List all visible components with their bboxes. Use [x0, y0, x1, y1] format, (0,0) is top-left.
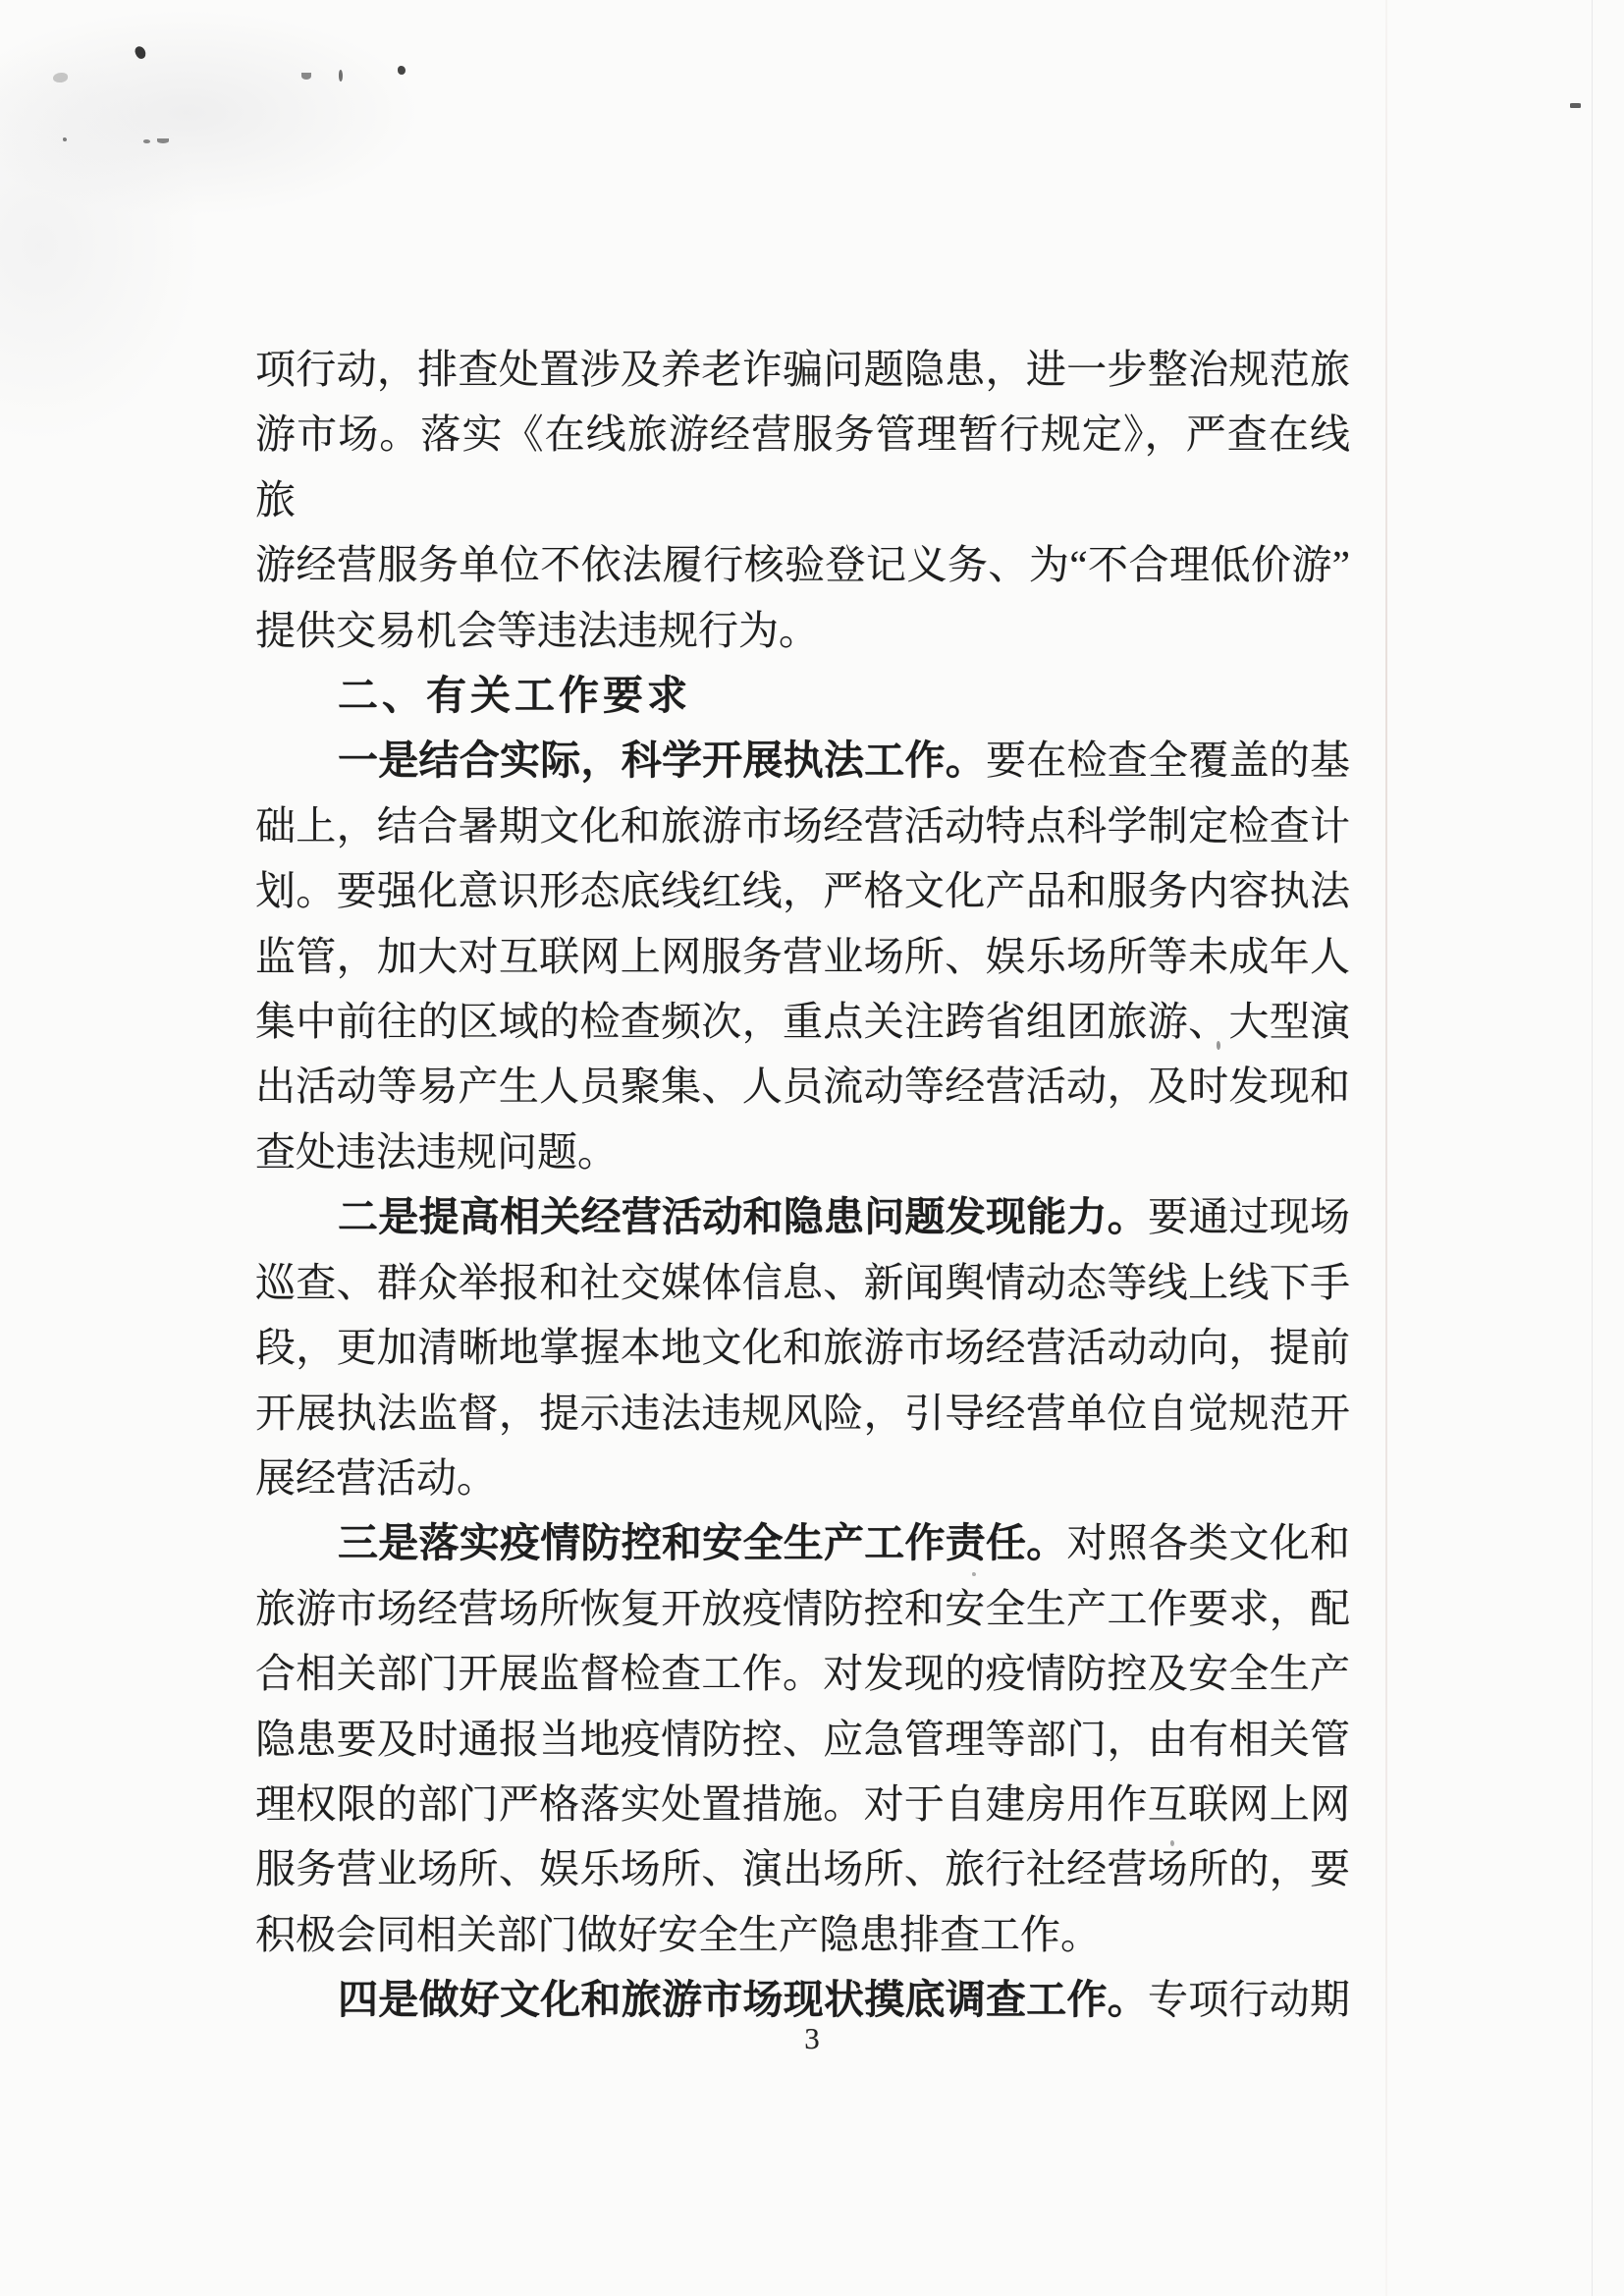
text-line: 开展执法监督，提示违法违规风险，引导经营单位自觉规范开	[255, 1381, 1350, 1446]
text-line: 巡查、群众举报和社交媒体信息、新闻舆情动态等线上线下手	[255, 1250, 1350, 1315]
scan-speck	[63, 137, 67, 141]
section-heading: 二、有关工作要求	[255, 663, 1350, 728]
scan-speck	[53, 73, 68, 82]
text-line: 出活动等易产生人员聚集、人员流动等经营活动，及时发现和	[255, 1054, 1350, 1119]
text-line: 段，更加清晰地掌握本地文化和旅游市场经营活动动向，提前	[255, 1315, 1350, 1380]
text-line: 项行动，排查处置涉及养老诈骗问题隐患，进一步整治规范旅	[255, 337, 1350, 402]
text-line: 理权限的部门严格落实处置措施。对于自建房用作互联网上网	[255, 1772, 1350, 1836]
text-line: 三是落实疫情防控和安全生产工作责任。对照各类文化和	[255, 1510, 1350, 1575]
text-line: 旅游市场经营场所恢复开放疫情防控和安全生产工作要求，配	[255, 1576, 1350, 1641]
text-line: 集中前往的区域的检查频次，重点关注跨省组团旅游、大型演	[255, 989, 1350, 1054]
text-line: 展经营活动。	[255, 1446, 1350, 1510]
text-line: 二是提高相关经营活动和隐患问题发现能力。要通过现场	[255, 1184, 1350, 1249]
scanned-document-page: 项行动，排查处置涉及养老诈骗问题隐患，进一步整治规范旅 游市场。落实《在线旅游经…	[0, 0, 1624, 2296]
text-line: 服务营业场所、娱乐场所、演出场所、旅行社经营场所的，要	[255, 1836, 1350, 1901]
scan-speck	[143, 139, 150, 143]
text-line: 监管，加大对互联网上网服务营业场所、娱乐场所等未成年人	[255, 924, 1350, 989]
text-line: 积极会同相关部门做好安全生产隐患排查工作。	[255, 1902, 1350, 1967]
text-line: 一是结合实际，科学开展执法工作。要在检查全覆盖的基	[255, 728, 1350, 793]
document-body: 项行动，排查处置涉及养老诈骗问题隐患，进一步整治规范旅 游市场。落实《在线旅游经…	[255, 337, 1350, 2033]
text-line: 游经营服务单位不依法履行核验登记义务、为“不合理低价游”	[255, 532, 1350, 597]
text-line: 础上，结合暑期文化和旅游市场经营活动特点科学制定检查计	[255, 793, 1350, 858]
text-line: 提供交易机会等违法违规行为。	[255, 598, 1350, 663]
page-number: 3	[0, 2021, 1624, 2056]
scan-speck	[1570, 103, 1581, 108]
paper-fold-line	[1385, 0, 1387, 2296]
text-line: 合相关部门开展监督检查工作。对发现的疫情防控及安全生产	[255, 1641, 1350, 1706]
scan-speck	[134, 45, 147, 61]
scan-speck	[301, 73, 311, 80]
paper-edge-line	[1592, 0, 1593, 2296]
text-line: 划。要强化意识形态底线红线，严格文化产品和服务内容执法	[255, 858, 1350, 923]
scan-speck	[157, 138, 169, 143]
text-line: 游市场。落实《在线旅游经营服务管理暂行规定》，严查在线旅	[255, 402, 1350, 532]
text-line: 查处违法违规问题。	[255, 1120, 1350, 1184]
text-line: 隐患要及时通报当地疫情防控、应急管理等部门，由有相关管	[255, 1707, 1350, 1772]
scan-speck	[339, 70, 343, 82]
scan-speck	[398, 66, 406, 75]
